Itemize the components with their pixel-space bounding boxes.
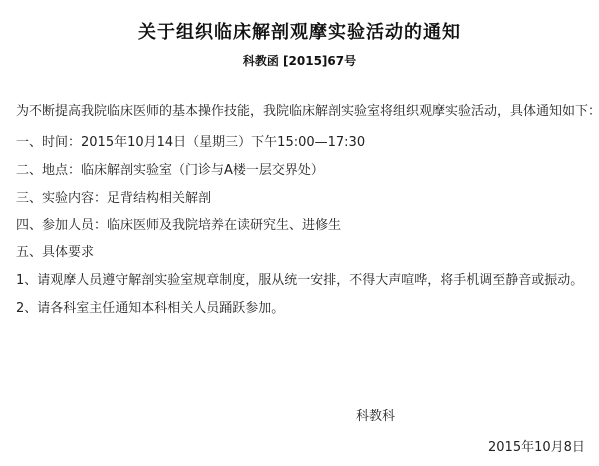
intro-paragraph: 为不断提高我院临床医师的基本操作技能，我院临床解剖实验室将组织观摩实验活动，具体…	[16, 104, 599, 120]
item-participants: 四、参加人员：临床医师及我院培养在读研究生、进修生	[16, 218, 341, 234]
item-time: 一、时间：2015年10月14日（星期三）下午15:00—17:30	[16, 135, 365, 151]
requirement-1: 1、请观摩人员遵守解剖实验室规章制度，服从统一安排，不得大声喧哗，将手机调至静音…	[16, 273, 583, 289]
signature-date: 2015年10月8日	[488, 436, 585, 455]
document-title: 关于组织临床解剖观摩实验活动的通知	[0, 18, 599, 44]
requirement-2: 2、请各科室主任通知本科相关人员踊跃参加。	[16, 301, 284, 317]
signature-department: 科教科	[356, 405, 395, 424]
item-location: 二、地点：临床解剖实验室（门诊与A楼一层交界处）	[16, 163, 324, 179]
item-requirements-heading: 五、具体要求	[16, 245, 94, 261]
item-content: 三、实验内容：足背结构相关解剖	[16, 191, 211, 207]
document-number: 科教函 [2015]67号	[0, 52, 599, 69]
